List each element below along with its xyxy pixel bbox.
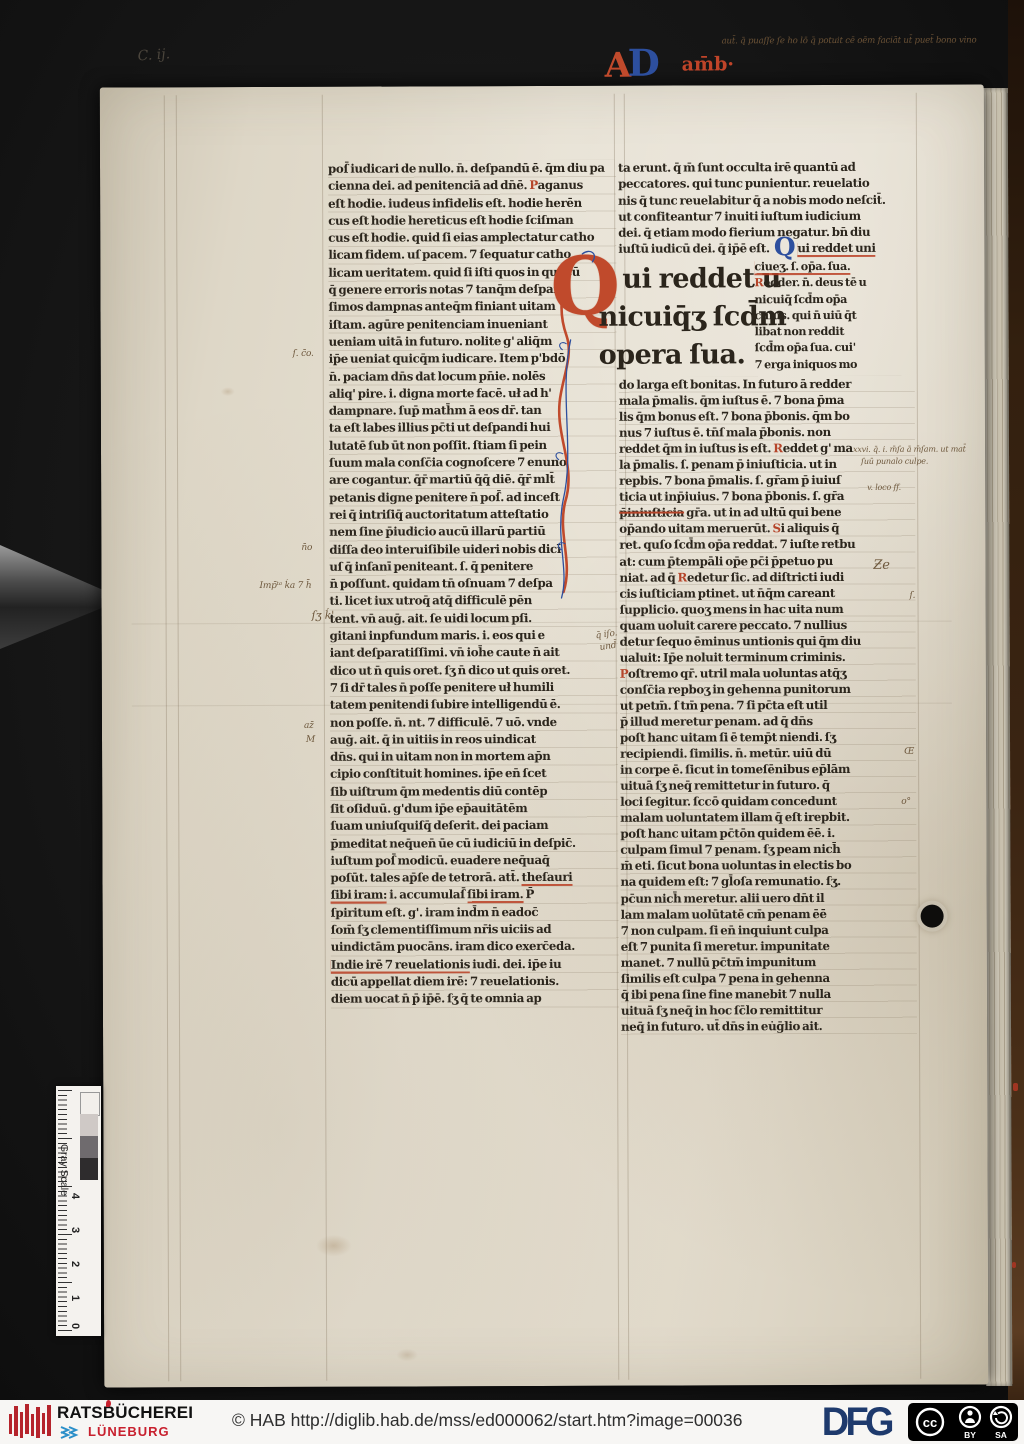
footer-credit-bar: RATSBÜCHEREI LÜNEBURG © HAB http://digli… — [0, 1400, 1024, 1444]
text-line: cis iuſticiam ptinet. ut n̄q̄m careant — [619, 584, 915, 601]
sa-label: SA — [995, 1430, 1007, 1440]
text-line: 7 non culpam. ſi en̄ inquiunt culpa — [621, 921, 917, 938]
text-line: 7 ſi dr̄ tales n̄ poſſe penitere uł humi… — [330, 679, 618, 697]
ruler-number: 2 — [69, 1261, 81, 1267]
cc-by-sa-badge: cc BY SA — [908, 1403, 1018, 1441]
running-title-source-mark: am̄b· — [682, 53, 734, 75]
text-line: diem uocat n̄ p̄ ip̄ē. ſʒ q̄ te omnia ap — [331, 990, 619, 1008]
text-line: na quidem eſt: 7 gl̄oſa remunatio. ſʒ. — [620, 873, 916, 890]
text-line: iant deſparatiſſimi. vn̄ ioh̄e caute n̄ … — [330, 644, 618, 662]
margin-note-flourish: Ƶe — [873, 561, 889, 572]
quire-mark: Œ — [904, 747, 914, 758]
text-line: poſt hanc uitam pc̄tōn quidem ēē. i. — [620, 825, 916, 842]
text-line: poſt hanc uitam ſi ē temp̄t niendi. ſʒ — [620, 729, 916, 746]
margin-note-citation: v. loco ff. — [867, 483, 901, 494]
grayscale-label: Gray Scale — [58, 1144, 70, 1196]
text-line: niat. ad q̄ Redetur ſic. ad diſtricti iu… — [619, 568, 915, 585]
text-line: non poſſe. n̄. nt. 7 difficulē. 7 uō. vn… — [330, 713, 618, 731]
text-line: Indie irē 7 reuelationis iudi. dei. ip̄e… — [331, 955, 619, 973]
text-line: uindictām puocāns. iram dico exerc̄eda. — [331, 938, 619, 956]
text-line: q̄ ibi pena ſine fine manebit 7 nulla — [621, 985, 917, 1002]
margin-note: Imp̄ᵗᵃ ḱa 7 h̄ — [259, 581, 311, 592]
grayscale-calibration-ruler: Gray Scale 4 3 2 1 0 — [56, 1086, 101, 1336]
image-credit-url: © HAB http://diglib.hab.de/mss/ed000062/… — [232, 1410, 743, 1431]
corner-foliation-mark: C. ij. — [137, 46, 170, 64]
library-logo-icon — [8, 1402, 54, 1442]
text-line: ut petm̄. ſ tm̄ pena. 7 ſi pc̄ta eſt uti… — [620, 697, 916, 714]
text-line: at: cum p̄tempāli op̄e pc̄i p̄petuo pu — [619, 552, 915, 569]
text-line: mala p̄malis. q̄m iuſtus ē. 7 bona p̄ma — [619, 392, 915, 409]
gray-patch-mid — [80, 1136, 98, 1158]
ruler-number: 4 — [69, 1193, 81, 1199]
text-line: Redder. n̄. deus tē u — [754, 274, 914, 291]
cc-glyph: cc — [923, 1415, 937, 1430]
initial-flourish — [542, 244, 613, 614]
edge-mark — [1012, 1262, 1016, 1268]
text-line: ſibi iram: i. accumulaſ̄ ſibi iram. P̄ — [331, 886, 619, 904]
text-line: ſuam uniuſquiſq̄ deſerit. dei paciam — [330, 817, 618, 835]
library-city: LÜNEBURG — [88, 1424, 170, 1439]
ruler-number: 1 — [69, 1295, 81, 1301]
margin-note-nota: n̄o — [301, 543, 312, 554]
text-line: do larga eſt bonitas. In futuro ā redder — [619, 376, 915, 393]
text-line: op̄ando uitam meruerūt. Si aliquis q̄ — [619, 520, 915, 537]
text-line: nis q̄ tunc reuelabitur q̄ a nobis modo … — [618, 191, 912, 208]
stain — [221, 387, 235, 396]
text-line: p̄meditat neq̄uen̄ ūe cū iudiciū in deſp… — [330, 834, 618, 852]
ruling-line — [916, 93, 921, 1379]
quire-mark: ſ. — [909, 591, 915, 602]
text-line: manet. 7 nullū pc̄tm̄ impunitum — [621, 953, 917, 970]
margin-note-citation: ſuū punalo culpe. — [861, 456, 1001, 467]
text-line: ſit oſiduū. g'dum ip̄e ep̄auitātēm — [330, 800, 618, 818]
ruling-line — [176, 95, 181, 1381]
right-column-body: do larga eſt bonitas. In futuro ā redder… — [619, 376, 917, 1035]
ruler-number: 0 — [69, 1323, 81, 1329]
ruler-ticks — [58, 1090, 67, 1332]
quire-mark: o° — [901, 797, 911, 808]
text-line: loci ſegitur. ſccō quidam concedunt — [620, 793, 916, 810]
ruling-line — [164, 95, 169, 1381]
text-line: eſt hodie. iudeus infidelis eſt. hodie h… — [328, 194, 616, 212]
gray-patch-light — [80, 1114, 98, 1136]
text-line: ta erunt. q̄ m̄ ſunt occulta irē quantū … — [618, 159, 912, 176]
text-line: dn̄s. qui in uitam non in mortem ap̄n — [330, 748, 618, 766]
text-line: ualuit: Ip̄e noluit terminum criminis. — [620, 648, 916, 665]
by-label: BY — [964, 1430, 976, 1440]
right-column-top: ta erunt. q̄ m̄ ſunt occulta irē quantū … — [618, 159, 912, 258]
text-line: lam malam uolūtatē cm̄ penam ēē — [621, 905, 917, 922]
text-line: ret. quſo ſcd̄m op̄a reddat. 7 iuſte ret… — [619, 536, 915, 553]
text-line: conſc̄ia repboʒ in gehenna punitorum — [620, 681, 916, 698]
gray-patch-dark — [80, 1158, 98, 1180]
text-line: cienna dei. ad penitenciā ad dn̄ē. Pagan… — [328, 177, 616, 195]
ruling-line — [322, 95, 327, 1381]
waves-icon — [60, 1424, 86, 1440]
text-line: detur ſequo ēminus untionis qui q̄m diu — [620, 632, 916, 649]
text-line: p̄iniuſticia gr̄a. ut in ad ultū qui ben… — [619, 504, 915, 521]
text-line: nicuiq̄ ſcd̄m op̄a — [754, 290, 914, 307]
text-line: culpam ſimul 7 penam. ſʒ peam nich̄ — [620, 841, 916, 858]
margin-note: az̄ — [304, 721, 314, 732]
text-line: libat non reddit — [755, 323, 915, 340]
text-line: 7 erga iniquos mo — [755, 355, 915, 372]
text-line: uituā ſʒ neq̄ remittetur in futuro. q̄ — [620, 777, 916, 794]
text-line: p̄ illud meretur penam. ad q̄ dn̄s — [620, 713, 916, 730]
text-line: dei. q̄ etiam modo fierium negatur. bn̄ … — [618, 224, 912, 241]
running-title-letter-blue: D — [628, 41, 660, 85]
digitized-manuscript-photo: C. ij. A D am̄b· aut̄. q̄ puaſſe ſe ho l… — [0, 0, 1024, 1444]
edge-mark — [1013, 1083, 1018, 1091]
margin-note: ſʒ ḱ' — [312, 611, 335, 622]
margin-note-citation: xxvi. q̄. i. m̄ſa ā m̄ſam. ut mat̄ — [853, 444, 1013, 455]
dfg-logo: DFG — [822, 1400, 891, 1444]
text-line: cipio conſtituit homines. ip̄e en̄ ſcet — [330, 765, 618, 783]
text-line: auḡ. ait. q̄ in uitiis in reos uindicat — [330, 731, 618, 749]
umlaut-flame-mark — [106, 1400, 111, 1407]
text-line: in corpe ē. ſicut in tomeſēnibus ep̄lām — [620, 761, 916, 778]
text-line: peccatores. qui tunc punientur. reuelati… — [618, 175, 912, 192]
text-line: ſcd̄m op̄a ſua. cui' — [755, 339, 915, 356]
text-line: neq̄ in futuro. ut̄ dn̄s in eu̇ḡlio ait. — [621, 1018, 917, 1035]
text-line: recipiendi. ſimilis. n̄. metūr. uiū dū — [620, 745, 916, 762]
text-line: ſupplicio. quoʒ mens in hac uita num — [620, 600, 916, 617]
text-line: iuſtum poſ̄ modicū. euadere neq̄uaq̄ — [330, 852, 618, 870]
text-line: m̄ eti. ſicut bona uoluntas in electis b… — [620, 857, 916, 874]
text-line: nus 7 iuſtus ē. tn̄ſ mala p̄bonis. non — [619, 424, 915, 441]
stain — [316, 1235, 352, 1257]
text-line: ciueʒ. ſ. op̄a. ſua. — [754, 258, 914, 275]
text-line: ſimilis eſt culpa 7 pena in gehenna — [621, 969, 917, 986]
text-line: lis q̄m bonus eſt. 7 bona p̄bonis. q̄m b… — [619, 408, 915, 425]
margin-note: ſ. c̄o. — [293, 349, 314, 360]
margin-note: M — [306, 735, 315, 746]
text-line: poſūt. tales ap̄ſe de tetrorā. att̄. the… — [330, 869, 618, 887]
text-line: quam uoluit carere peccato. 7 nullius — [620, 616, 916, 633]
parchment-hole — [921, 905, 944, 928]
text-line: ut confiteantur 7 inuiti iuſtum iudicium — [618, 208, 912, 225]
library-name: RATSBÜCHEREI — [57, 1403, 193, 1423]
text-line: cuius. qui n̄ uiū q̄t — [755, 307, 915, 324]
gray-patch-white — [80, 1092, 100, 1116]
text-line: ſpiritum eſt. g'. iram ind̄m n̄ eadoc̄ — [331, 904, 619, 922]
text-line: cus eſt hodie hereticus eſt hodie ſciſma… — [328, 212, 616, 230]
text-line: uituā ſʒ neq̄ in hoc ſc̄lo remittitur — [621, 1002, 917, 1019]
text-line: iuſtū iudicū dei. q̄ ip̄ē eſt. Qui redde… — [618, 240, 912, 257]
text-line: malam uoluntatem illam q̄ eſt irepbit. — [620, 809, 916, 826]
text-line: dicū appellat diem irē: 7 reuelationis. — [331, 973, 619, 991]
text-line: poſ̄ iudicari de nullo. n̄. deſpandū ē. … — [328, 160, 616, 178]
manuscript-page: C. ij. A D am̄b· aut̄. q̄ puaſſe ſe ho l… — [100, 84, 989, 1387]
text-line: eſt 7 punita ſi meretur. impunitate — [621, 937, 917, 954]
text-line: gitani inpfundum maris. i. eos qui e — [330, 627, 618, 645]
text-line: pc̄un nich̄ meretur. alii uero dn̄t il — [621, 889, 917, 906]
text-line: dico ut n̄ quis oret. ſʒ n̄ dico ut quis… — [330, 661, 618, 679]
text-line: ſom̄ ſʒ clementiſſimum nr̄is uiciis ad — [331, 921, 619, 939]
text-line: Poſtremo qr̄. utril mala uoluntas atq̄ʒ — [620, 665, 916, 682]
ruler-number: 3 — [69, 1227, 81, 1233]
right-column-side-lines: ciueʒ. ſ. op̄a. ſua.Redder. n̄. deus tē … — [754, 258, 914, 373]
stain — [396, 1348, 418, 1361]
text-line: tatem penitendi ſubire intelligendū ē. — [330, 696, 618, 714]
top-margin-gloss: aut̄. q̄ puaſſe ſe ho lō q̄ potuit cē oē… — [722, 35, 1000, 46]
text-line: ſib uiſtrum q̄m medentis diū contēp — [330, 782, 618, 800]
